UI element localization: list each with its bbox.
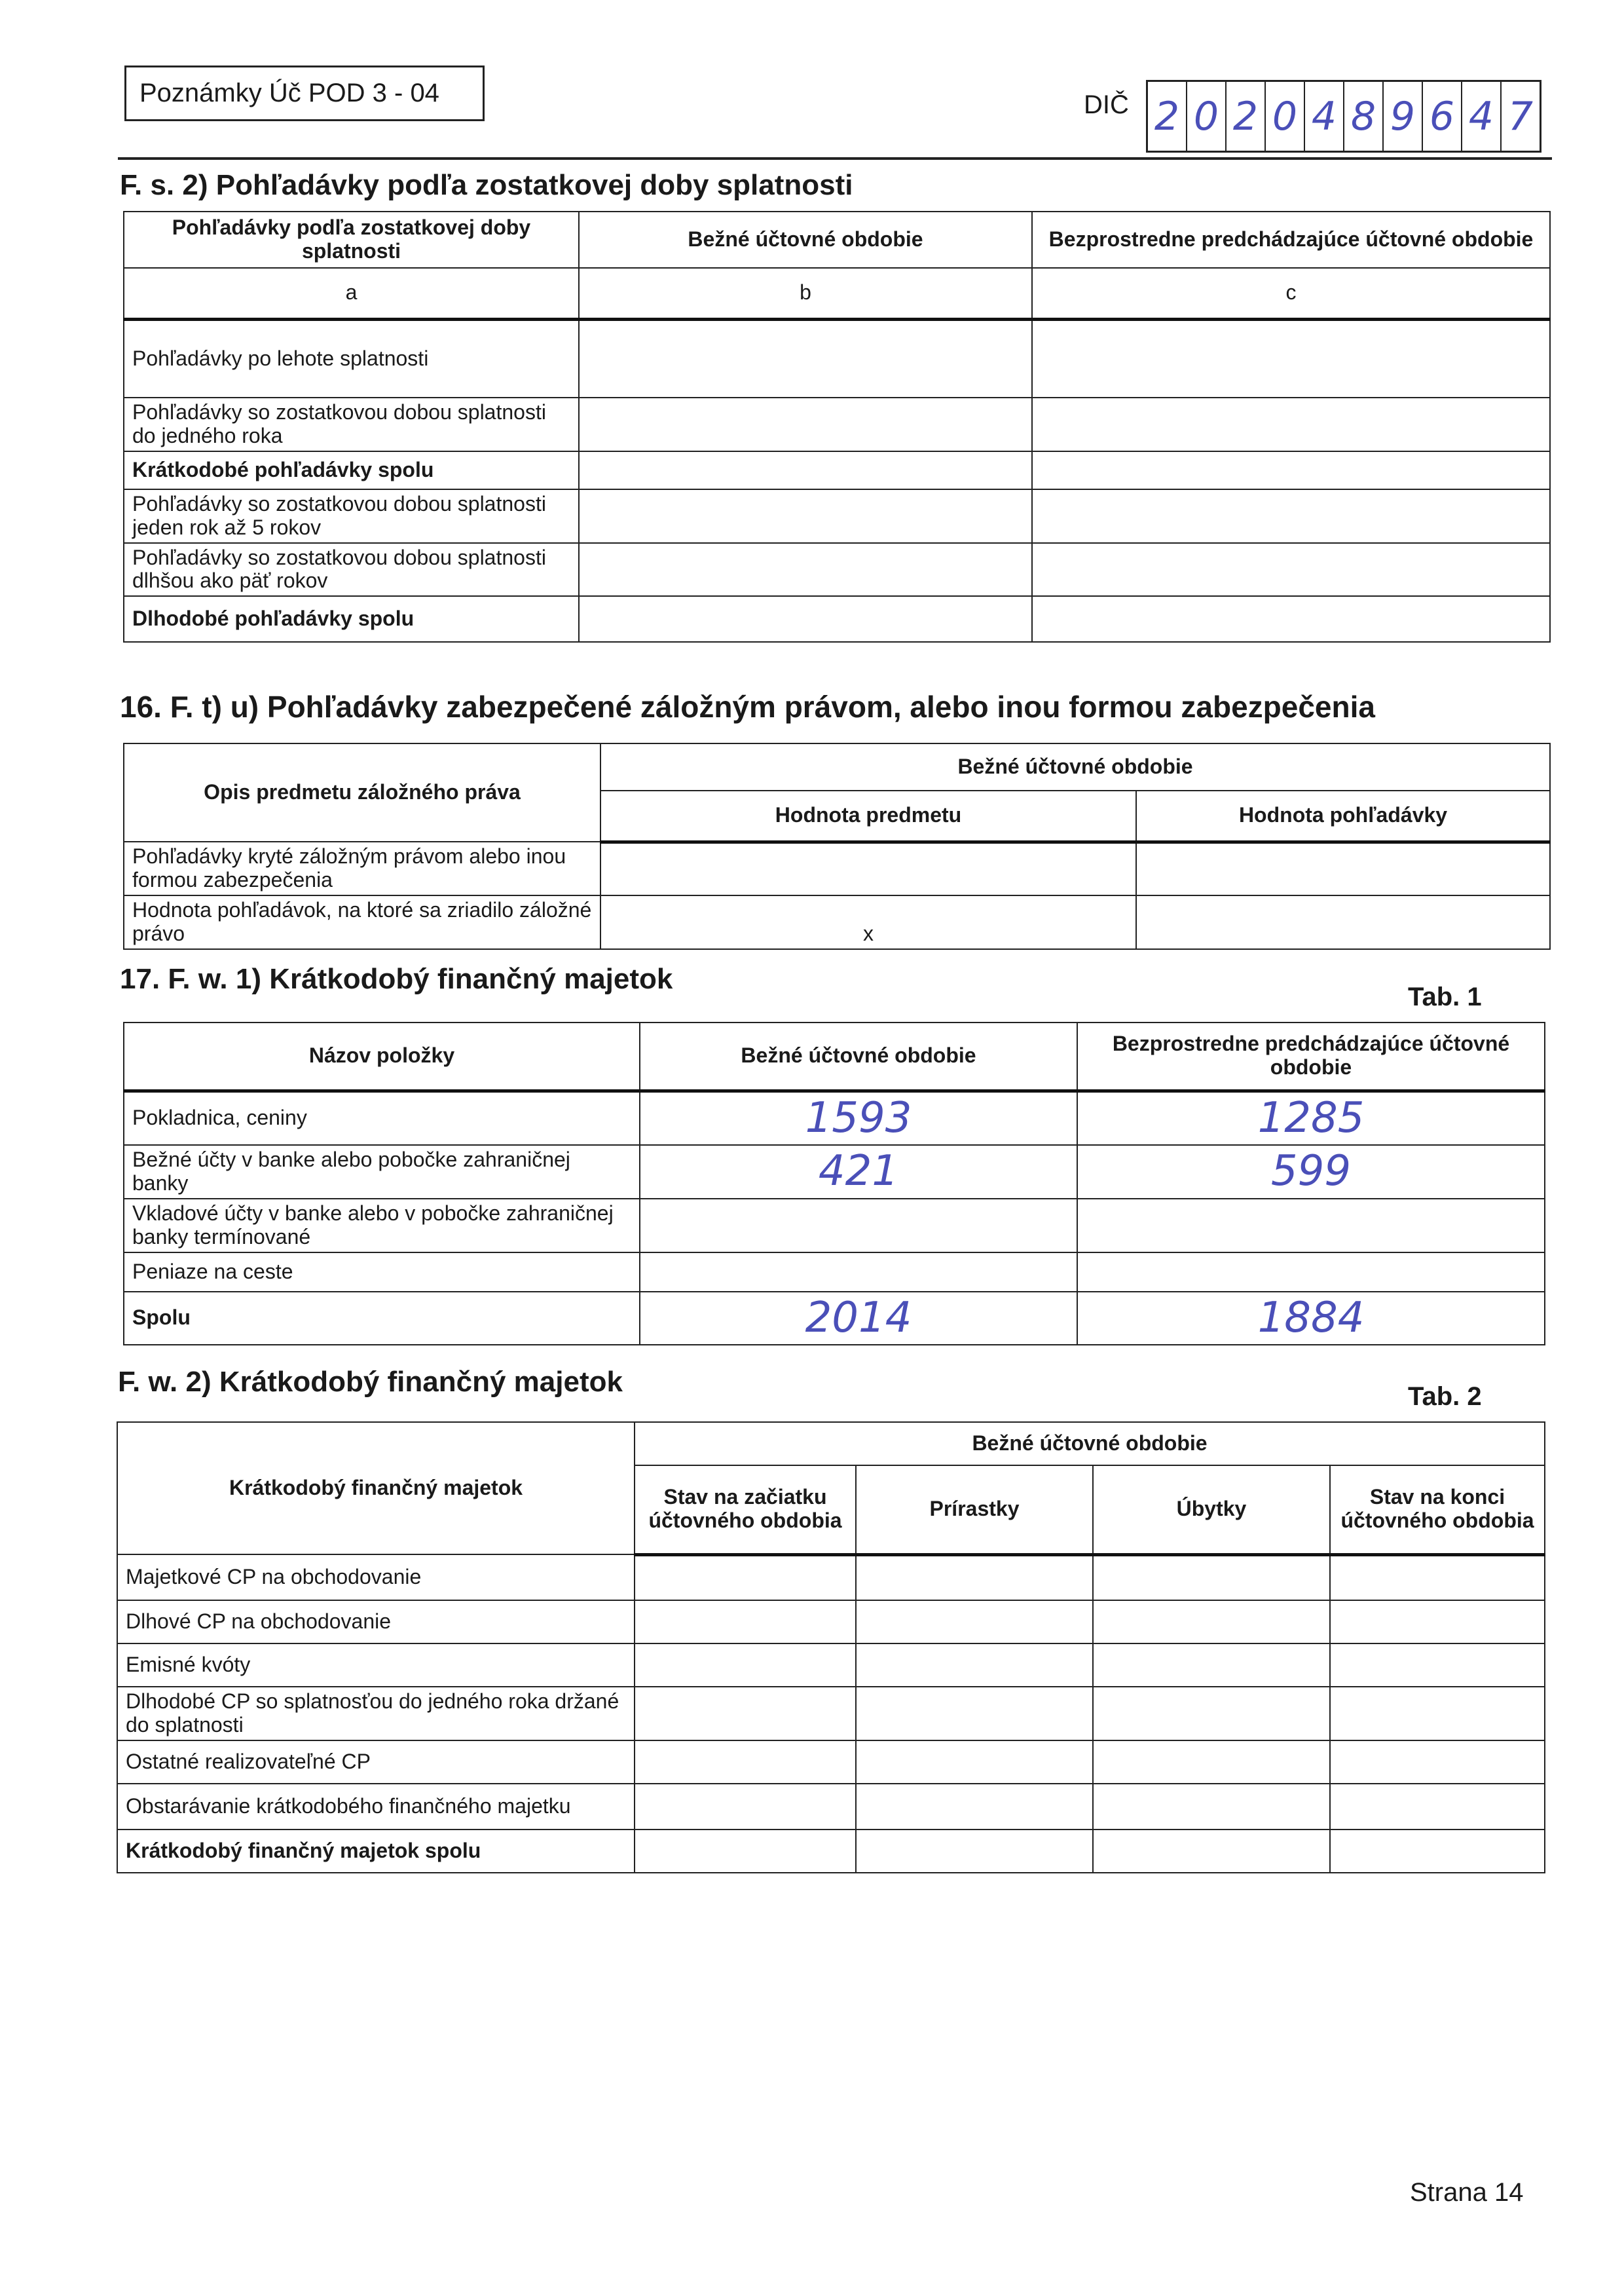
table-row: Peniaze na ceste — [124, 1252, 1545, 1292]
additions-cell[interactable] — [856, 1830, 1093, 1873]
dic-label: DIČ — [1084, 90, 1129, 120]
previous-period-cell[interactable] — [1032, 451, 1550, 489]
header-divider — [118, 157, 1552, 160]
col-header: Bežné účtovné obdobie — [640, 1023, 1077, 1091]
handwritten-value: 1285 — [1258, 1095, 1365, 1142]
short-term-financial-assets-table-2: Krátkodobý finančný majetok Bežné účtovn… — [117, 1421, 1545, 1873]
short-term-financial-assets-table-1: Názov položky Bežné účtovné obdobie Bezp… — [123, 1022, 1545, 1345]
current-period-cell[interactable] — [579, 451, 1032, 489]
table-row: Majetkové CP na obchodovanie — [117, 1554, 1545, 1600]
table-row: Dlhodobé CP so splatnosťou do jedného ro… — [117, 1687, 1545, 1740]
handwritten-value: 599 — [1271, 1148, 1351, 1195]
current-period-cell[interactable]: 1593 — [640, 1091, 1077, 1145]
handwritten-value: 1593 — [805, 1095, 912, 1142]
handwritten-value: 1884 — [1258, 1295, 1365, 1342]
col-header: Krátkodobý finančný majetok — [117, 1422, 635, 1554]
table-row: Pohľadávky kryté záložným právom alebo i… — [124, 842, 1550, 895]
dic-digit[interactable]: 4 — [1462, 82, 1502, 151]
col-header: Úbytky — [1093, 1465, 1330, 1554]
row-label: Pohľadávky po lehote splatnosti — [124, 319, 579, 398]
row-label: Ostatné realizovateľné CP — [117, 1740, 635, 1784]
receivable-value-cell[interactable] — [1136, 895, 1550, 949]
dic-digit[interactable]: 2 — [1227, 82, 1266, 151]
additions-cell[interactable] — [856, 1600, 1093, 1643]
opening-balance-cell[interactable] — [635, 1830, 856, 1873]
additions-cell[interactable] — [856, 1643, 1093, 1687]
disposals-cell[interactable] — [1093, 1643, 1330, 1687]
handwritten-value: 421 — [819, 1148, 898, 1195]
previous-period-cell[interactable]: 1884 — [1077, 1292, 1545, 1345]
current-period-cell[interactable] — [579, 543, 1032, 597]
section-title-16: 16. F. t) u) Pohľadávky zabezpečené zálo… — [120, 689, 1375, 724]
form-id-box: Poznámky Úč POD 3 - 04 — [124, 66, 485, 121]
row-label: Spolu — [124, 1292, 640, 1345]
closing-balance-cell[interactable] — [1330, 1600, 1545, 1643]
row-label: Pohľadávky so zostatkovou dobou splatnos… — [124, 398, 579, 451]
row-label: Pokladnica, ceniny — [124, 1091, 640, 1145]
row-label: Vkladové účty v banke alebo v pobočke za… — [124, 1199, 640, 1252]
table-row: Pohľadávky po lehote splatnosti — [124, 319, 1550, 398]
previous-period-cell[interactable] — [1077, 1252, 1545, 1292]
current-period-cell[interactable]: 2014 — [640, 1292, 1077, 1345]
table-row: Pohľadávky so zostatkovou dobou splatnos… — [124, 489, 1550, 543]
row-label: Krátkodobý finančný majetok spolu — [117, 1830, 635, 1873]
previous-period-cell[interactable] — [1032, 543, 1550, 597]
additions-cell[interactable] — [856, 1687, 1093, 1740]
opening-balance-cell[interactable] — [635, 1600, 856, 1643]
opening-balance-cell[interactable] — [635, 1554, 856, 1600]
dic-digit[interactable]: 2 — [1148, 82, 1187, 151]
previous-period-cell[interactable]: 1285 — [1077, 1091, 1545, 1145]
disposals-cell[interactable] — [1093, 1600, 1330, 1643]
disposals-cell[interactable] — [1093, 1687, 1330, 1740]
col-header: Názov položky — [124, 1023, 640, 1091]
disposals-cell[interactable] — [1093, 1784, 1330, 1830]
row-label: Pohľadávky kryté záložným právom alebo i… — [124, 842, 600, 895]
table-row: Pohľadávky so zostatkovou dobou splatnos… — [124, 543, 1550, 597]
dic-digit[interactable]: 4 — [1305, 82, 1344, 151]
col-header: Opis predmetu záložného práva — [124, 743, 600, 842]
disposals-cell[interactable] — [1093, 1740, 1330, 1784]
section-title-fw2: F. w. 2) Krátkodobý finančný majetok — [118, 1366, 623, 1398]
closing-balance-cell[interactable] — [1330, 1643, 1545, 1687]
previous-period-cell[interactable] — [1032, 489, 1550, 543]
table-row: Emisné kvóty — [117, 1643, 1545, 1687]
row-label: Dlhodobé pohľadávky spolu — [124, 596, 579, 642]
col-header: Hodnota pohľadávky — [1136, 791, 1550, 842]
col-header: Bezprostredne predchádzajúce účtovné obd… — [1032, 212, 1550, 268]
row-label: Hodnota pohľadávok, na ktoré sa zriadilo… — [124, 895, 600, 949]
col-letter: c — [1032, 268, 1550, 319]
section-title-17: 17. F. w. 1) Krátkodobý finančný majetok — [120, 963, 673, 996]
previous-period-cell[interactable]: 599 — [1077, 1145, 1545, 1199]
disposals-cell[interactable] — [1093, 1554, 1330, 1600]
receivables-maturity-table: Pohľadávky podľa zostatkovej doby splatn… — [123, 211, 1551, 643]
closing-balance-cell[interactable] — [1330, 1830, 1545, 1873]
form-id: Poznámky Úč POD 3 - 04 — [139, 79, 439, 108]
current-period-cell[interactable]: 421 — [640, 1145, 1077, 1199]
previous-period-cell[interactable] — [1077, 1199, 1545, 1252]
previous-period-cell[interactable] — [1032, 398, 1550, 451]
secured-receivables-table: Opis predmetu záložného práva Bežné účto… — [123, 743, 1551, 950]
table-row: Ostatné realizovateľné CP — [117, 1740, 1545, 1784]
subject-value-cell: x — [600, 895, 1136, 949]
current-period-cell[interactable] — [640, 1199, 1077, 1252]
closing-balance-cell[interactable] — [1330, 1554, 1545, 1600]
row-label: Pohľadávky so zostatkovou dobou splatnos… — [124, 489, 579, 543]
dic-field[interactable]: 2 0 2 0 4 8 9 6 4 7 — [1146, 80, 1541, 153]
dic-digit[interactable]: 0 — [1266, 82, 1305, 151]
opening-balance-cell[interactable] — [635, 1784, 856, 1830]
current-period-cell[interactable] — [640, 1252, 1077, 1292]
col-group-header: Bežné účtovné obdobie — [635, 1422, 1545, 1465]
closing-balance-cell[interactable] — [1330, 1740, 1545, 1784]
section-title-fs2: F. s. 2) Pohľadávky podľa zostatkovej do… — [120, 169, 853, 202]
row-label: Bežné účty v banke alebo pobočke zahrani… — [124, 1145, 640, 1199]
row-label: Pohľadávky so zostatkovou dobou splatnos… — [124, 543, 579, 597]
opening-balance-cell[interactable] — [635, 1740, 856, 1784]
table-row: Bežné účty v banke alebo pobočke zahrani… — [124, 1145, 1545, 1199]
table-row: Dlhodobé pohľadávky spolu — [124, 596, 1550, 642]
table-row: Krátkodobý finančný majetok spolu — [117, 1830, 1545, 1873]
col-header: Bezprostredne predchádzajúce účtovné obd… — [1077, 1023, 1545, 1091]
table-row: Pohľadávky so zostatkovou dobou splatnos… — [124, 398, 1550, 451]
row-label: Obstarávanie krátkodobého finančného maj… — [117, 1784, 635, 1830]
row-label: Dlhové CP na obchodovanie — [117, 1600, 635, 1643]
row-label: Dlhodobé CP so splatnosťou do jedného ro… — [117, 1687, 635, 1740]
col-header: Pohľadávky podľa zostatkovej doby splatn… — [124, 212, 579, 268]
current-period-cell[interactable] — [579, 319, 1032, 398]
table-number: Tab. 1 — [1408, 983, 1482, 1012]
row-label: Emisné kvóty — [117, 1643, 635, 1687]
subject-value-cell[interactable] — [600, 842, 1136, 895]
dic-digit[interactable]: 0 — [1187, 82, 1227, 151]
col-header: Stav na začiatku účtovného obdobia — [635, 1465, 856, 1554]
page-number: Strana 14 — [1410, 2178, 1523, 2207]
dic-digit[interactable]: 7 — [1502, 82, 1540, 151]
table-row: Obstarávanie krátkodobého finančného maj… — [117, 1784, 1545, 1830]
current-period-cell[interactable] — [579, 489, 1032, 543]
row-label: Krátkodobé pohľadávky spolu — [124, 451, 579, 489]
additions-cell[interactable] — [856, 1740, 1093, 1784]
additions-cell[interactable] — [856, 1784, 1093, 1830]
previous-period-cell[interactable] — [1032, 596, 1550, 642]
table-row: Dlhové CP na obchodovanie — [117, 1600, 1545, 1643]
handwritten-value: 2014 — [805, 1295, 912, 1342]
col-header: Bežné účtovné obdobie — [579, 212, 1032, 268]
col-header: Stav na konci účtovného obdobia — [1330, 1465, 1545, 1554]
dic-digit[interactable]: 6 — [1423, 82, 1462, 151]
col-letter: a — [124, 268, 579, 319]
col-header: Hodnota predmetu — [600, 791, 1136, 842]
col-group-header: Bežné účtovné obdobie — [600, 743, 1550, 791]
table-row: Pokladnica, ceniny 1593 1285 — [124, 1091, 1545, 1145]
dic-digit[interactable]: 9 — [1384, 82, 1423, 151]
additions-cell[interactable] — [856, 1554, 1093, 1600]
table-row: Krátkodobé pohľadávky spolu — [124, 451, 1550, 489]
table-row: Vkladové účty v banke alebo v pobočke za… — [124, 1199, 1545, 1252]
current-period-cell[interactable] — [579, 596, 1032, 642]
row-label: Majetkové CP na obchodovanie — [117, 1554, 635, 1600]
closing-balance-cell[interactable] — [1330, 1687, 1545, 1740]
receivable-value-cell[interactable] — [1136, 842, 1550, 895]
col-letter: b — [579, 268, 1032, 319]
closing-balance-cell[interactable] — [1330, 1784, 1545, 1830]
table-row: Hodnota pohľadávok, na ktoré sa zriadilo… — [124, 895, 1550, 949]
table-number: Tab. 2 — [1408, 1382, 1482, 1412]
dic-digit[interactable]: 8 — [1344, 82, 1384, 151]
opening-balance-cell[interactable] — [635, 1643, 856, 1687]
col-header: Prírastky — [856, 1465, 1093, 1554]
opening-balance-cell[interactable] — [635, 1687, 856, 1740]
table-row: Spolu 2014 1884 — [124, 1292, 1545, 1345]
row-label: Peniaze na ceste — [124, 1252, 640, 1292]
previous-period-cell[interactable] — [1032, 319, 1550, 398]
current-period-cell[interactable] — [579, 398, 1032, 451]
disposals-cell[interactable] — [1093, 1830, 1330, 1873]
